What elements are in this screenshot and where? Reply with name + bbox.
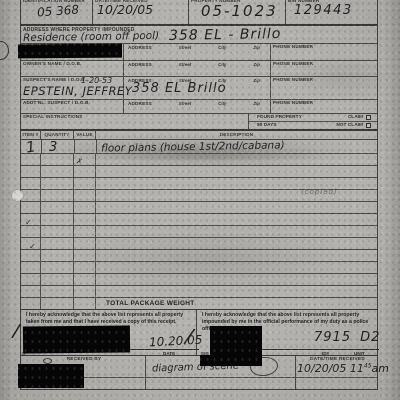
- datetime-received-value: 10/20/05 1145am: [297, 362, 389, 375]
- bin-number-cell: BIN NUMBER 129443: [286, 0, 377, 24]
- total-package-weight-label: TOTAL PACKAGE WEIGHT: [96, 298, 377, 307]
- found-property-label: FOUND PROPERTY: [257, 115, 302, 120]
- suspect-name-value: EPSTEIN, JEFFREY: [23, 84, 132, 98]
- total-weight-row: TOTAL PACKAGE WEIGHT: [21, 298, 377, 310]
- discovered-by-phone-cell: PHONE NUMBER: [271, 44, 377, 60]
- copied-note: (copied): [301, 188, 338, 196]
- pen-tick-mark: ✓: [25, 218, 32, 227]
- bin-number-value: 129443: [294, 3, 353, 18]
- ninety-days-label: 90 DAYS: [257, 123, 277, 128]
- pen-arc-mark: [0, 41, 9, 60]
- item-quantity-value: 3: [49, 140, 57, 155]
- city-label: City: [218, 62, 226, 67]
- discovered-by-address-cell: ADDRESS Street City Zip: [124, 44, 271, 60]
- received-hour: 11: [350, 362, 364, 375]
- suspect-phone-cell: PHONE NUMBER: [271, 77, 377, 99]
- phone-number-label: PHONE NUMBER: [271, 100, 377, 105]
- officer-id-unit: 7915D2: [314, 330, 380, 345]
- special-instructions-label: SPECIAL INSTRUCTIONS: [21, 114, 248, 119]
- special-instructions-row: SPECIAL INSTRUCTIONS FOUND PROPERTY CLAI…: [21, 114, 377, 131]
- address-label: ADDRESS: [126, 62, 152, 67]
- redaction-reason: [200, 355, 262, 366]
- unit-label: UNIT: [354, 351, 365, 356]
- additional-suspect-row: ADDT'NL. SUSPECT / D.O.B. ADDRESS Street…: [21, 100, 377, 114]
- property-number-cell: PROPERTY NUMBER 05-1023: [189, 0, 286, 24]
- found-property-cell: FOUND PROPERTY CLAIM 90 DAYS NOT CLAIM: [249, 114, 377, 129]
- received-ampm: am: [372, 362, 389, 375]
- scanned-document: IDENTIFICATION NUMBER 05 368 DATE/TIME R…: [0, 0, 400, 400]
- owner-phone-cell: PHONE NUMBER: [271, 61, 377, 76]
- id-number-label: ID#: [322, 351, 329, 356]
- address-label: ADDRESS: [126, 45, 152, 50]
- identification-number-value: 05 368: [37, 3, 80, 20]
- city-label: City: [218, 45, 226, 50]
- header-row: IDENTIFICATION NUMBER 05 368 DATE/TIME R…: [21, 0, 377, 26]
- datetime-received-cell: DATE/TIME RECEIVED 10/20/05 1145am: [296, 356, 377, 389]
- owner-signature-date: 10.20.05: [149, 333, 203, 350]
- zip-label: Zip: [253, 78, 260, 83]
- property-number-value: 05-1023: [201, 2, 278, 20]
- redaction-received-by: [18, 364, 84, 388]
- date-received-cell: DATE/TIME RECEIVED 10/20/05: [93, 0, 189, 24]
- value-header: VALUE: [74, 131, 95, 137]
- owner-row: OWNER'S NAME / D.O.B. ADDRESS Street Cit…: [21, 61, 377, 77]
- zip-label: Zip: [253, 45, 260, 50]
- redaction-owner-signature: [23, 325, 130, 353]
- officer-unit-value: D2: [360, 330, 380, 345]
- received-date: 10/20/05: [297, 362, 346, 375]
- owner-name-cell: OWNER'S NAME / D.O.B.: [21, 61, 124, 76]
- phone-number-label: PHONE NUMBER: [271, 61, 377, 66]
- item-description-value: floor plans (house 1st/2nd/cabana): [101, 139, 285, 154]
- additional-suspect-label: ADDT'NL. SUSPECT / D.O.B.: [21, 100, 123, 105]
- item-row-1: 1 3 floor plans (house 1st/2nd/cabana): [21, 140, 377, 154]
- additional-suspect-phone-cell: PHONE NUMBER: [271, 100, 377, 113]
- zip-label: Zip: [253, 101, 260, 106]
- phone-number-label: PHONE NUMBER: [271, 77, 377, 82]
- date-received-value: 10/20/05: [97, 2, 153, 17]
- impound-address-value-right: 358 EL - Brillo: [169, 26, 282, 44]
- additional-suspect-address-cell: ADDRESS Street City Zip: [124, 100, 271, 113]
- address-label: ADDRESS: [126, 101, 152, 106]
- zip-label: Zip: [253, 62, 260, 67]
- street-label: Street: [179, 45, 191, 50]
- quantity-header: QUANTITY: [41, 131, 73, 137]
- special-instructions-cell: SPECIAL INSTRUCTIONS: [21, 114, 249, 129]
- date-label: DATE: [163, 351, 175, 356]
- owner-address-cell: ADDRESS Street City Zip: [124, 61, 271, 76]
- redaction-discovered-by: [18, 44, 122, 59]
- suspect-address-value: 358 EL Brillo: [132, 81, 227, 96]
- identification-number-label: IDENTIFICATION NUMBER: [21, 0, 92, 3]
- claim-label: CLAIM: [348, 115, 363, 120]
- item-number-header: ITEM #: [21, 131, 40, 137]
- suspect-name-cell: SUSPECT'S NAME / D.O.B. 1-20-53 EPSTEIN,…: [21, 77, 124, 99]
- redaction-officer-signature: [210, 326, 262, 357]
- phone-number-label: PHONE NUMBER: [271, 44, 377, 49]
- suspect-row: SUSPECT'S NAME / D.O.B. 1-20-53 EPSTEIN,…: [21, 77, 377, 100]
- suspect-address-cell: ADDRESS Street City Zip 358 EL Brillo: [124, 77, 271, 99]
- owner-acknowledgment-text: I hereby acknowledge that the above list…: [26, 312, 191, 326]
- additional-suspect-cell: ADDT'NL. SUSPECT / D.O.B.: [21, 100, 124, 113]
- items-table-header: ITEM # QUANTITY VALUE DESCRIPTION: [21, 131, 377, 140]
- item-number-value: 1: [25, 137, 37, 156]
- received-minute: 45: [364, 362, 372, 369]
- officer-id-value: 7915: [314, 330, 351, 345]
- received-by-label: RECEIVED BY: [21, 356, 145, 362]
- not-claim-label: NOT CLAIM: [336, 123, 363, 128]
- street-label: Street: [179, 62, 191, 67]
- owner-name-label: OWNER'S NAME / D.O.B.: [21, 61, 123, 66]
- street-label: Street: [179, 101, 191, 106]
- description-header: DESCRIPTION: [96, 131, 377, 137]
- claim-checkbox: [366, 115, 371, 120]
- impound-address-row: ADDRESS WHERE PROPERTY IMPOUNDED Residen…: [21, 26, 377, 44]
- identification-number-cell: IDENTIFICATION NUMBER 05 368: [21, 0, 93, 24]
- hole-punch: [12, 190, 23, 201]
- city-label: City: [218, 101, 226, 106]
- pen-tick-mark: ✓: [29, 242, 36, 251]
- impound-address-value-left: Residence (room off pool): [23, 30, 159, 44]
- items-empty-rows: [21, 154, 377, 298]
- not-claim-checkbox: [366, 123, 371, 128]
